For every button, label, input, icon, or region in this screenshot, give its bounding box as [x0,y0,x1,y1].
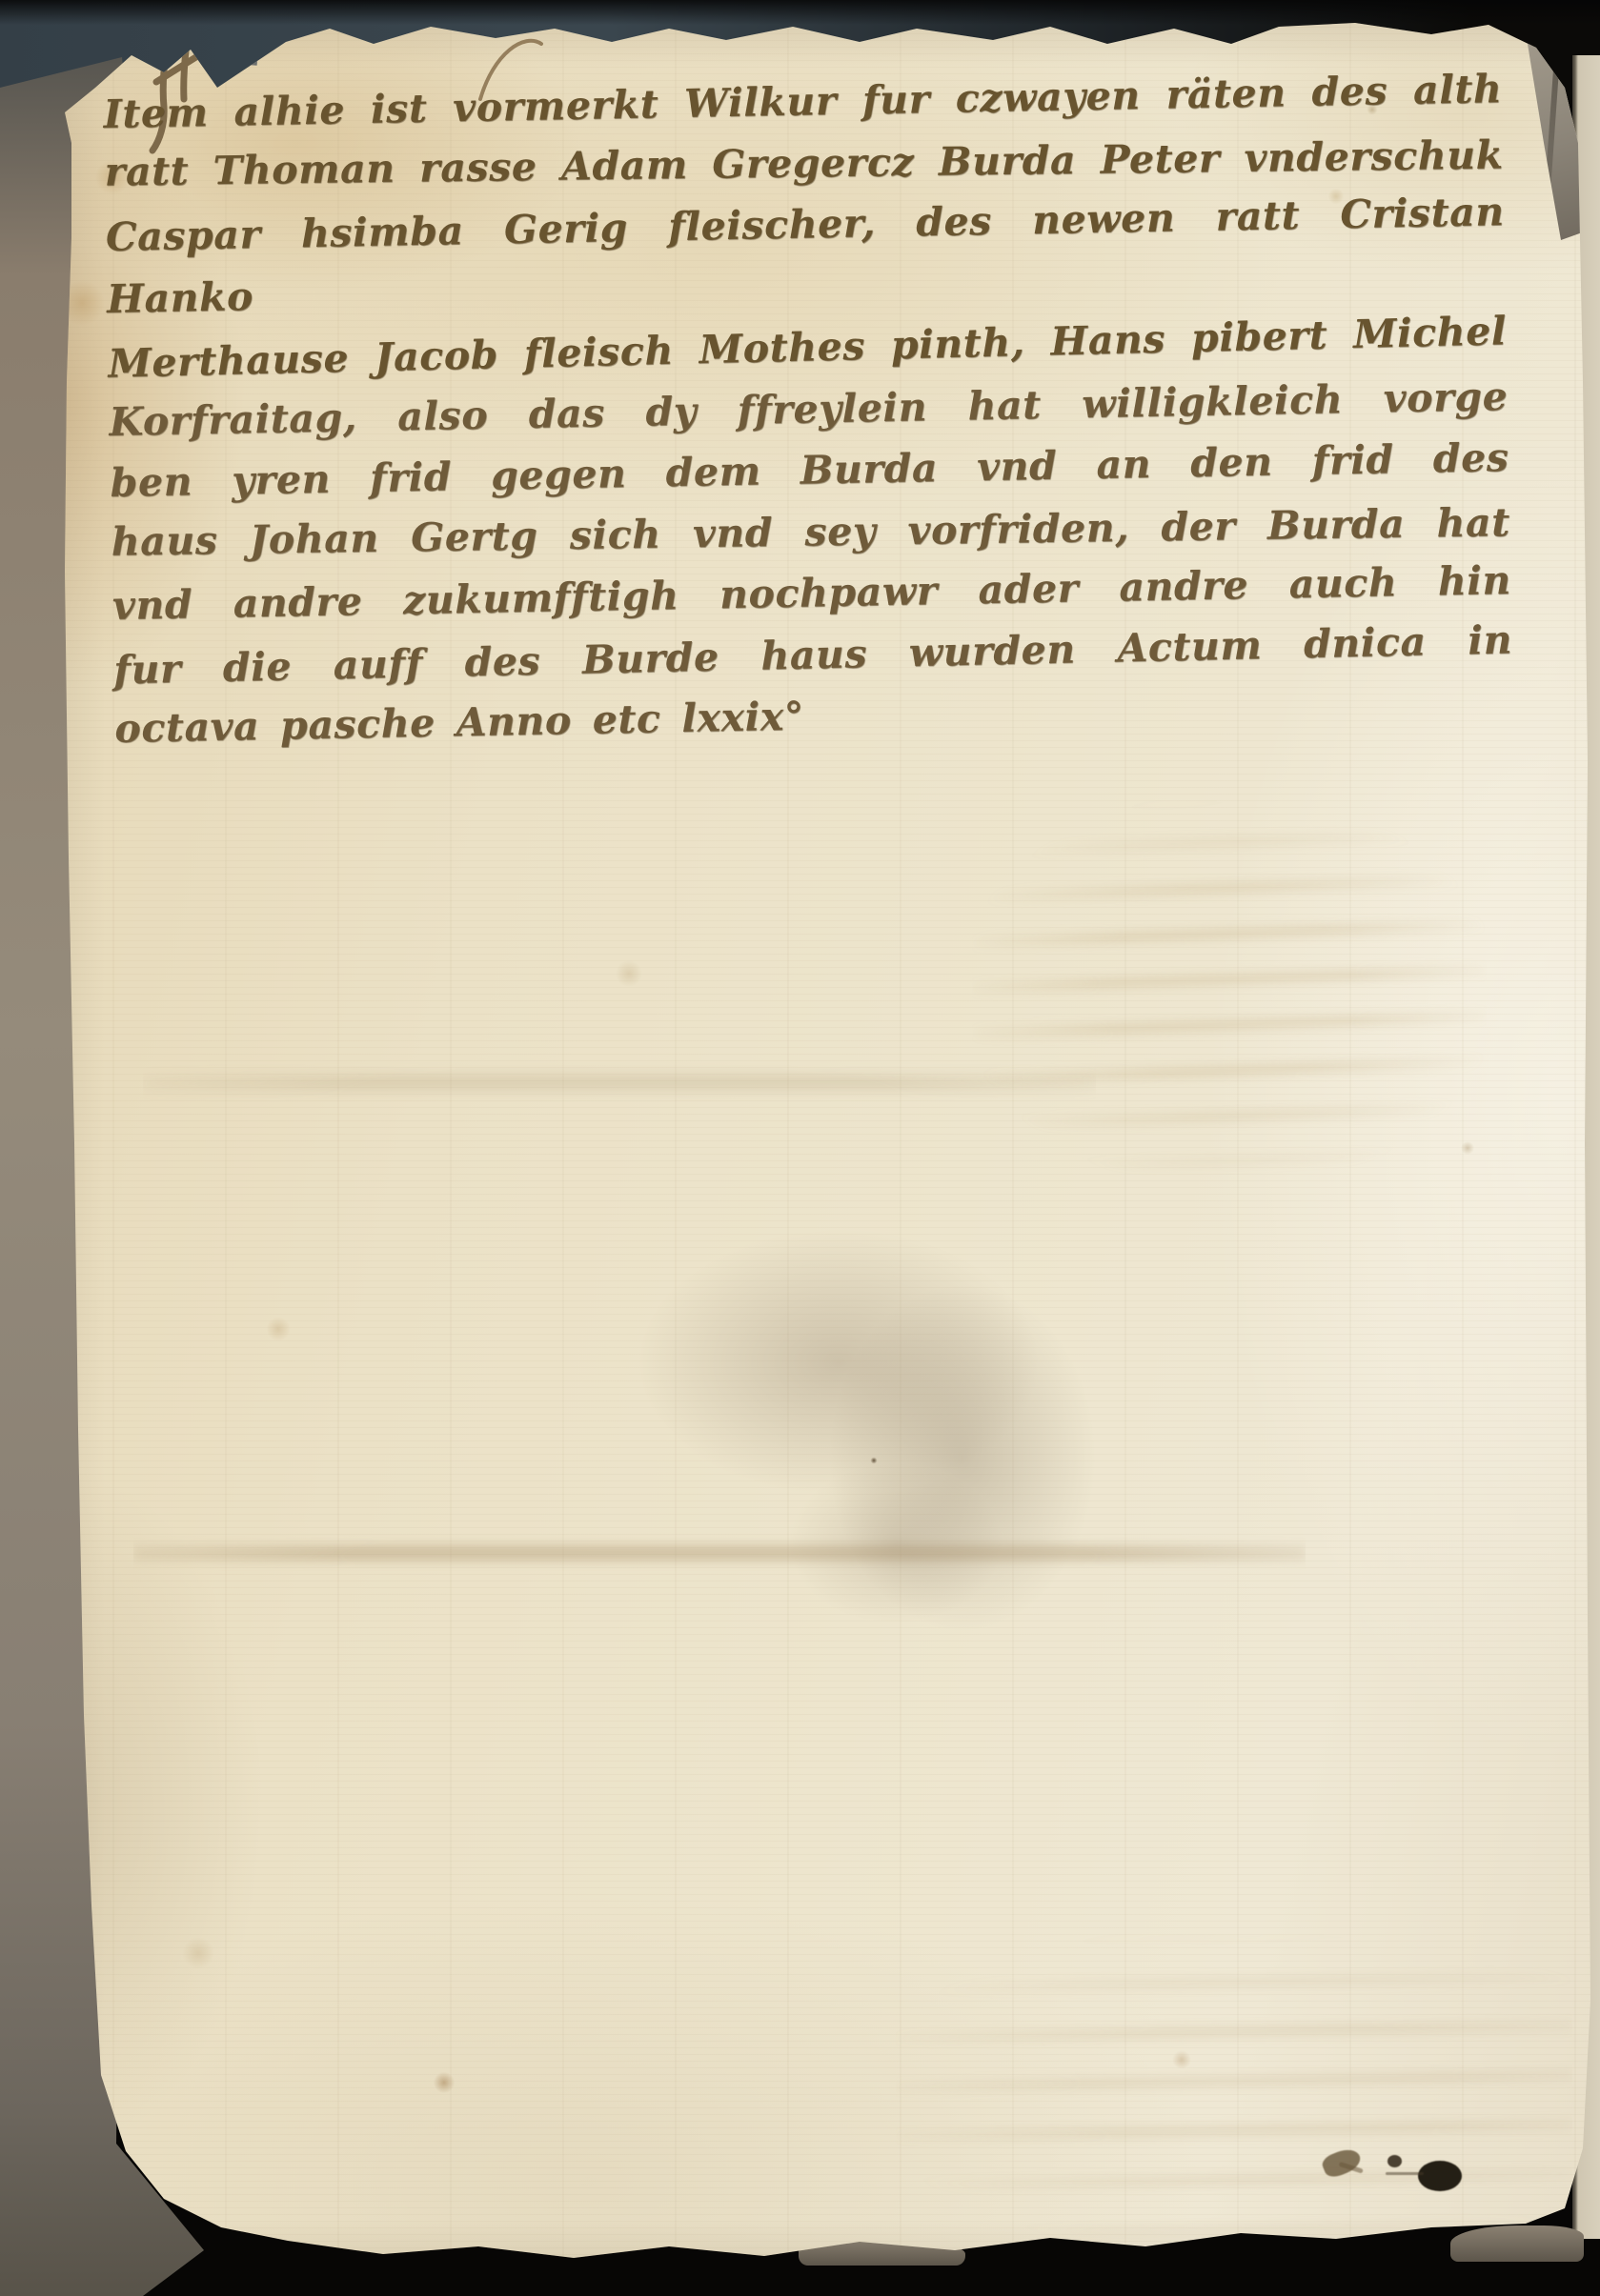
ink-blot-dot [1387,2155,1402,2167]
manuscript-scan: 2 Item alhie ist vormerkt Wilkur fur czw… [0,0,1600,2296]
manuscript-text-block: Item alhie ist vormerkt Wilkur fur czway… [103,58,1514,759]
manuscript-page: 2 Item alhie ist vormerkt Wilkur fur czw… [0,0,1600,2296]
bottom-page-edge-fragment [1450,2226,1584,2262]
ink-blot-large [1418,2161,1462,2191]
